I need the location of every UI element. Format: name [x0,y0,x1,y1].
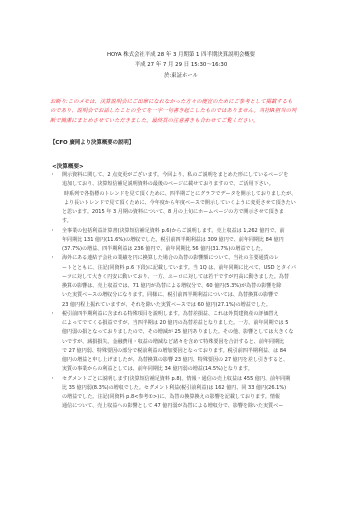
summary-body: ・ 開示資料に関して、2 点変更がございます。今回より、私のご説明をまとめた形に… [50,171,320,412]
item-line: 通信について、売上収益への影響として 47 億円弱が為替による増収分で、影響を除… [62,402,320,411]
item-line: 時系列で各指標のトレンドを見て頂くために、四半期ごとにグラフでデータを開示してお… [62,190,320,199]
item-line: より長いトレンドで見て頂くために、今年度から年度ベースで開示していくように変更さ… [62,199,320,208]
section-title: <決算概要> [52,162,84,170]
disclaimer-line: お断り:このメモは、決算説明会にご出席になれなかった方々の便宜のためにご参考とし… [50,98,318,107]
item-line: セグメントごとに説明します(決算短信補足資料 p.8)。情報・通信の売上収益は … [62,375,320,384]
item-line: 開示資料に関して、2 点変更がございます。今回より、私のご説明をまとめた形にして… [62,171,320,180]
speaker-heading: 【CFO 廣岡より決算概要の説明】 [50,138,134,146]
item-line: す。 [62,217,320,226]
item-line: 比 35 億円弱(8.3%)の増収でした。セグメント利益(税引前利益)は 162… [62,384,320,393]
disclaimer-line: のであり、説明会でお話したことの全てを一字一句書き起こしたものではありません。当… [50,107,318,116]
item-line: と思います。2015 年 3 月期の資料について、8 月の上旬にホームページの方… [62,208,320,217]
item-line: で 27 億円弱、特殊要因の部分で税前利益の増加要因となっております。税引前四半… [62,347,320,356]
disclaimer-note: お断り:このメモは、決算説明会にご出席になれなかった方々の便宜のためにご参考とし… [50,98,318,126]
bullet-icon: ・ [50,310,55,319]
item-line: 年同期比 131 億円(11.6%)の増収でした。税引前四半期利益は 309 億… [62,236,320,245]
bullet-item: ・ 全事業の包括利益計算書(決算短信補足資料 p.6)からご説明します。売上収益… [50,227,320,255]
item-line: (37.7%)の増益、四半期利益は 236 億円で、前年同期比 56 億円(31… [62,245,320,254]
document-title: HOYA 株式会社平成 28 年 3 月期第 1 四半期決算説明会概要 [0,52,362,59]
disclaimer-line: 断で簡潔にまとめさせていただきました。最終頁の注意書きも合わせてご覧ください。 [50,117,318,126]
item-line: 23 億円程上振れていますが、それを除いた実質ベースでは 60 億円(27.1%… [62,301,320,310]
bullet-icon: ・ [50,254,55,263]
item-line: 億円の増益と申し上げましたが、為替換算の影響 23 億円、特殊要因の 27 億円… [62,356,320,365]
document-page: HOYA 株式会社平成 28 年 3 月期第 1 四半期決算説明会概要 平成 2… [0,0,362,512]
item-line: によってでてくる損益ですが、当四半期は 20 億円の為替差益となりました。一方、… [62,319,320,328]
bullet-icon: ・ [50,375,55,384]
item-line: 海外にある連結子会社の業績を円に換算した場合の為替の影響額について、当社の主要通… [62,254,320,263]
item-line: の増益でした。注記(同資料 p.8<参考①>)に、為替の換算換えの影響を記載して… [62,393,320,402]
item-line: ートとともに、注記(同資料 p.6 下段)に記載しています。当 1Q は、前年同… [62,264,320,273]
item-line: 換算の影響は、売上収益では、71 億円が為替による増収分で、60 億円(5.3%… [62,282,320,291]
item-line: 追加しており、決算短信補足説明資料の最後のページに載せておりますので、ご活用下さ… [62,180,320,189]
item-line: 税引前四半期利益に含まれる特殊項目を説明します。為替差損益、これは外貨建資産の評… [62,310,320,319]
bullet-icon: ・ [50,227,55,236]
bullet-item: ・ 税引前四半期利益に含まれる特殊項目を説明します。為替差損益、これは外貨建資産… [50,310,320,375]
event-datetime: 平成 27 年 7 月 29 日 15:30〜16:30 [0,62,362,69]
item-line: 億円弱の損となっておりましたので、その増減が 25 億円ありました。その他、影響… [62,328,320,337]
item-line: いですが、減損損失、金融費用・収益の増減など諸々を含めて特殊要因を合計すると、前… [62,338,320,347]
bullet-item: ・ 開示資料に関して、2 点変更がございます。今回より、私のご説明をまとめた形に… [50,171,320,227]
item-line: いた実質ベースの増収分になります。同様に、税引前四半期利益については、為替換算の… [62,291,320,300]
item-line: 実質の事業からの利益としては、前年同期比 34 億円弱の増益(14.5%)となり… [62,365,320,374]
item-line: ーツに対して大きく円安に動いており、一方、ユーロに対しては若干ですが円高に動きま… [62,273,320,282]
bullet-icon: ・ [50,171,55,180]
item-line: 全事業の包括利益計算書(決算短信補足資料 p.6)からご説明します。売上収益は … [62,227,320,236]
bullet-item: ・ セグメントごとに説明します(決算短信補足資料 p.8)。情報・通信の売上収益… [50,375,320,412]
event-venue: 於:東証ホール [0,73,362,80]
bullet-item: ・ 海外にある連結子会社の業績を円に換算した場合の為替の影響額について、当社の主… [50,254,320,310]
